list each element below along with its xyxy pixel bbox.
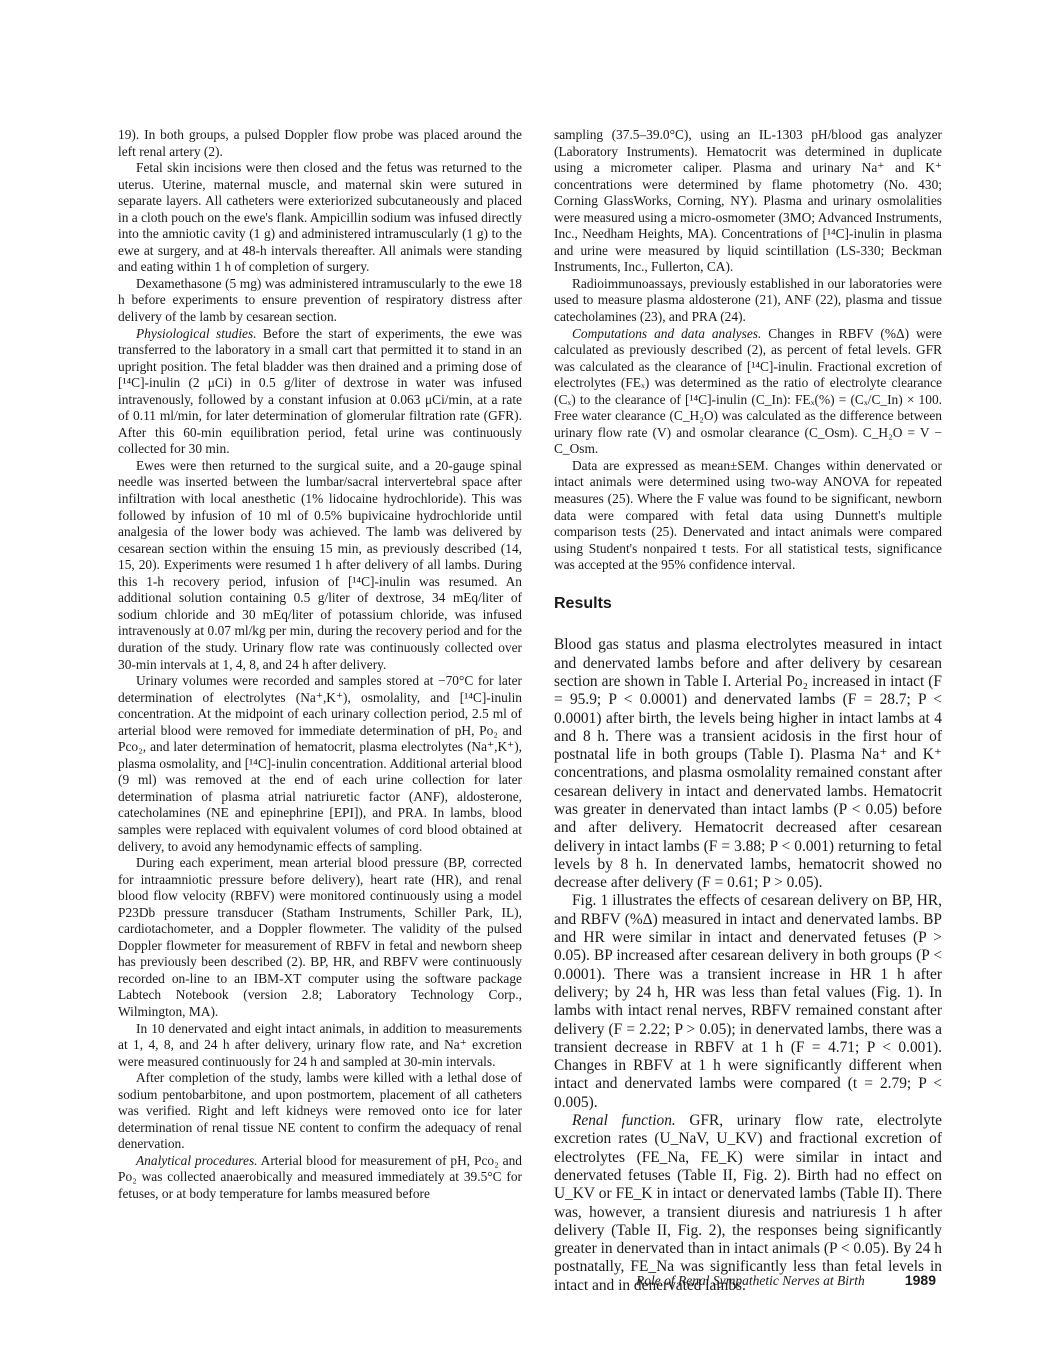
paragraph: Fetal skin incisions were then closed an… [118,160,522,276]
runin-heading: Renal function. [572,1112,676,1129]
paragraph: Dexamethasone (5 mg) was administered in… [118,276,522,326]
paragraph: Analytical procedures. Arterial blood fo… [118,1153,522,1203]
paragraph: Physiological studies. Before the start … [118,326,522,458]
paragraph: Computations and data analyses. Changes … [554,326,942,458]
paragraph: sampling (37.5–39.0°C), using an IL-1303… [554,127,942,276]
runin-heading: Physiological studies. [136,326,257,341]
paragraph: Blood gas status and plasma electrolytes… [554,636,942,892]
paragraph: During each experiment, mean arterial bl… [118,855,522,1020]
paragraph: In 10 denervated and eight intact animal… [118,1021,522,1071]
paragraph: After completion of the study, lambs wer… [118,1070,522,1153]
paragraph: Radioimmunoassays, previously establishe… [554,276,942,326]
running-title: Role of Renal Sympathetic Nerves at Birt… [636,1273,865,1289]
runin-heading: Computations and data analyses. [572,326,761,341]
page-footer: Role of Renal Sympathetic Nerves at Birt… [636,1272,936,1289]
paragraph: 19). In both groups, a pulsed Doppler fl… [118,127,522,160]
paragraph: Urinary volumes were recorded and sample… [118,673,522,855]
results-section: Blood gas status and plasma electrolytes… [554,636,942,1295]
left-column: 19). In both groups, a pulsed Doppler fl… [118,127,522,1203]
page-number: 1989 [905,1272,936,1288]
paragraph: Ewes were then returned to the surgical … [118,458,522,673]
paragraph: Renal function. GFR, urinary flow rate, … [554,1112,942,1295]
right-column: sampling (37.5–39.0°C), using an IL-1303… [554,127,942,1295]
paragraph: Fig. 1 illustrates the effects of cesare… [554,892,942,1112]
paragraph: Data are expressed as mean±SEM. Changes … [554,458,942,574]
runin-heading: Analytical procedures. [136,1153,258,1168]
section-heading-results: Results [554,596,942,613]
